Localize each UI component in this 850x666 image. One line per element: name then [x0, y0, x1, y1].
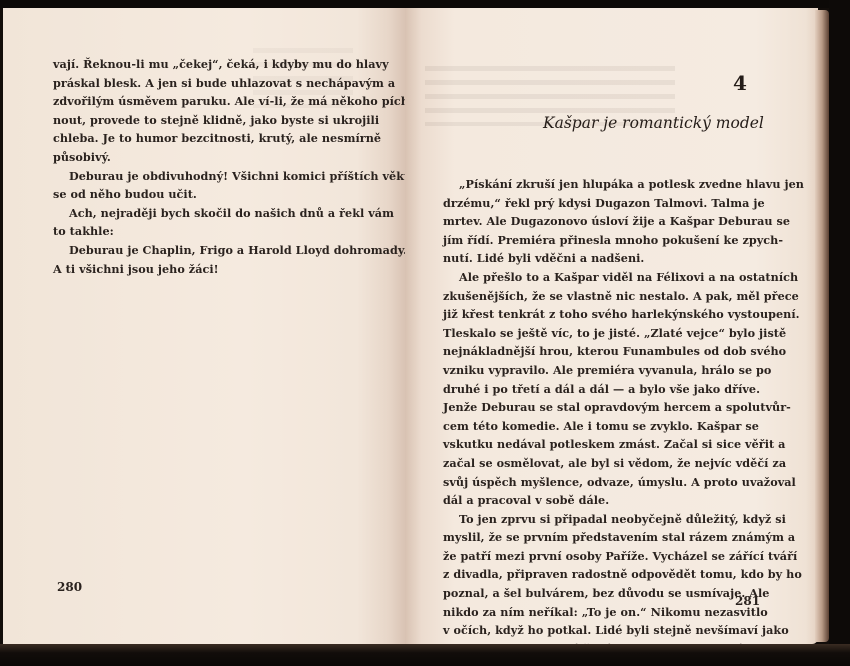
text-line: zdvořilým úsměvem paruku. Ale ví-li, že …: [53, 92, 364, 111]
text-line: se od něho budou učit.: [53, 185, 364, 204]
text-line: nout, provede to stejně klidně, jako bys…: [53, 111, 364, 130]
page-number-left: 280: [57, 580, 82, 594]
text-line: poznal, a šel bulvárem, bez důvodu se us…: [443, 584, 755, 603]
left-page: vají. Řeknou-li mu „čekej“, čeká, i kdyb…: [3, 8, 405, 644]
text-line: že patří mezi první osoby Paříže. Vycház…: [443, 547, 755, 566]
text-line: vají. Řeknou-li mu „čekej“, čeká, i kdyb…: [53, 55, 364, 74]
text-line: zkušenějších, že se vlastně nic nestalo.…: [443, 287, 755, 306]
text-line: z divadla, připraven radostně odpovědět …: [443, 565, 755, 584]
text-line: druhé i po třetí a dál a dál — a bylo vš…: [443, 380, 755, 399]
text-line: dál a pracoval v sobě dále.: [443, 491, 755, 510]
text-line: svůj úspěch myšlence, odvaze, úmyslu. A …: [443, 473, 755, 492]
text-line: vskutku nedával potleskem zmást. Začal s…: [443, 435, 755, 454]
text-line: práskal blesk. A jen si bude uhlazovat s…: [53, 74, 364, 93]
right-page: 4 Kašpar je romantický model „Pískání zk…: [405, 8, 818, 644]
text-line: Deburau je obdivuhodný! Všichni komici p…: [53, 167, 364, 186]
left-page-body: vají. Řeknou-li mu „čekej“, čeká, i kdyb…: [53, 55, 364, 278]
text-line: působivý.: [53, 148, 364, 167]
text-line: to takhle:: [53, 222, 364, 241]
chapter-title: Kašpar je romantický model: [543, 114, 749, 132]
chapter-number: 4: [733, 71, 747, 95]
text-line: cem této komedie. Ale i tomu se zvyklo. …: [443, 417, 755, 436]
text-line: Ach, nejraději bych skočil do našich dnů…: [53, 204, 364, 223]
text-line: nikdo za ním neříkal: „To je on.“ Nikomu…: [443, 603, 755, 622]
text-line: již křest tenkrát z toho svého harlekýns…: [443, 305, 755, 324]
text-line: A ti všichni jsou jeho žáci!: [53, 260, 364, 279]
text-line: nutí. Lidé byli vděčni a nadšeni.: [443, 249, 755, 268]
text-line: Deburau je Chaplin, Frigo a Harold Lloyd…: [53, 241, 364, 260]
background-top-edge: [0, 0, 850, 8]
text-line: myslil, že se prvním představením stal r…: [443, 528, 755, 547]
text-line: Jenže Deburau se stal opravdovým hercem …: [443, 398, 755, 417]
text-line: mrtev. Ale Dugazonovo úsloví žije a Kašp…: [443, 212, 755, 231]
text-line: Tleskalo se ještě víc, to je jisté. „Zla…: [443, 324, 755, 343]
text-line: začal se osmělovat, ale byl si vědom, že…: [443, 454, 755, 473]
page-stack-edge: [815, 10, 829, 642]
page-number-right: 281: [735, 594, 760, 608]
text-line: vzniku vypravilo. Ale premiéra vyvanula,…: [443, 361, 755, 380]
text-line: To jen zprvu si připadal neobyčejně důle…: [443, 510, 755, 529]
text-line: nejnákladnější hrou, kterou Funambules o…: [443, 342, 755, 361]
text-line: drzému,“ řekl prý kdysi Dugazon Talmovi.…: [443, 194, 755, 213]
text-line: „Pískání zkruší jen hlupáka a potlesk zv…: [443, 175, 755, 194]
text-line: v očích, když ho potkal. Lidé byli stejn…: [443, 621, 755, 640]
right-page-body: „Pískání zkruší jen hlupáka a potlesk zv…: [443, 175, 755, 658]
background-right-edge: [829, 0, 850, 666]
background-bottom-edge: [0, 644, 850, 666]
text-line: Ale přešlo to a Kašpar viděl na Félixovi…: [443, 268, 755, 287]
text-line: jím řídí. Premiéra přinesla mnoho pokuše…: [443, 231, 755, 250]
text-line: chleba. Je to humor bezcitnosti, krutý, …: [53, 129, 364, 148]
